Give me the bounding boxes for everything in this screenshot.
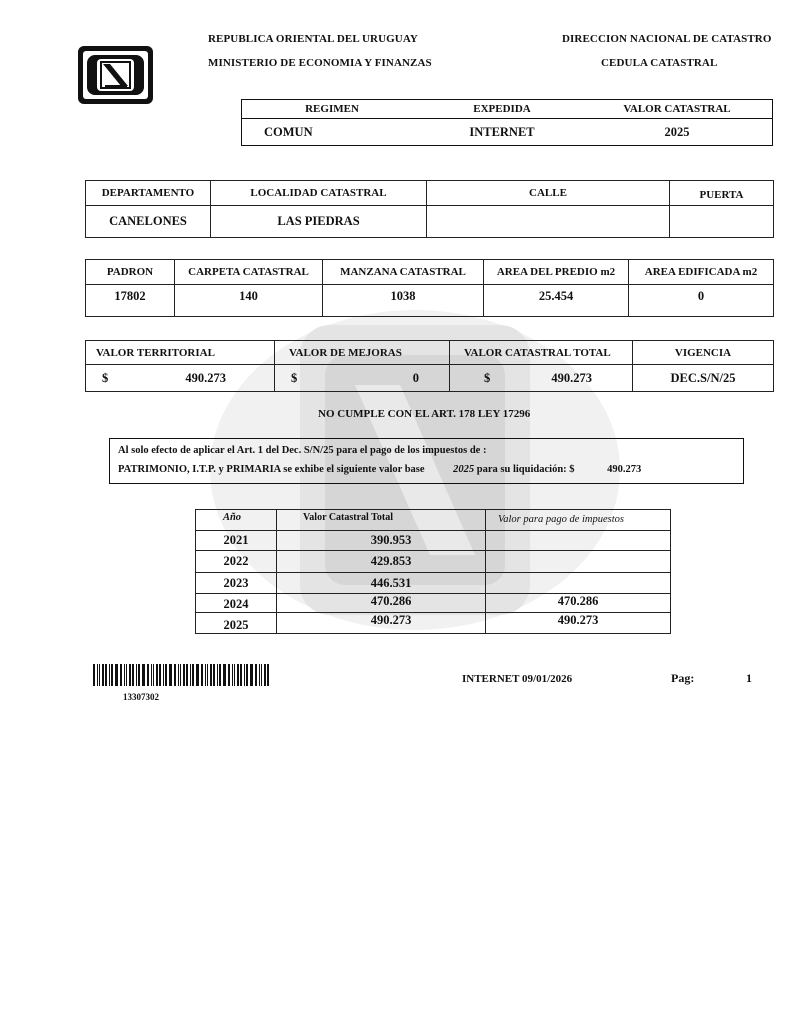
land-value-header: VALOR TERRITORIAL [86, 341, 275, 365]
regime-value: COMUN [242, 119, 423, 146]
page-number: 1 [746, 671, 752, 686]
history-row: 2024 470.286 470.286 [196, 594, 671, 613]
issued-date: INTERNET 09/01/2026 [462, 673, 572, 685]
department-header: DEPARTAMENTO [86, 181, 211, 206]
door-value [670, 206, 774, 238]
padron-value: 17802 [86, 285, 175, 317]
cadastral-year-value: 2025 [582, 119, 773, 146]
land-value-currency: $ [102, 371, 108, 385]
history-tax: 490.273 [486, 613, 671, 634]
history-total: 446.531 [277, 573, 486, 594]
values-table: VALOR TERRITORIAL VALOR DE MEJORAS VALOR… [85, 340, 774, 392]
folder-value: 140 [175, 285, 323, 317]
folder-header: CARPETA CATASTRAL [175, 260, 323, 285]
history-total: 470.286 [277, 594, 486, 613]
improvements-currency: $ [291, 371, 297, 385]
barcode-number: 13307302 [123, 692, 159, 702]
history-total: 390.953 [277, 531, 486, 551]
regime-header: REGIMEN [242, 100, 423, 119]
year-header: Año [196, 510, 277, 531]
block-value: 1038 [323, 285, 484, 317]
history-total: 429.853 [277, 551, 486, 573]
history-tax [486, 551, 671, 573]
history-row: 2023 446.531 [196, 573, 671, 594]
built-area-value: 0 [629, 285, 774, 317]
door-header: PUERTA [670, 181, 774, 206]
barcode-icon [93, 664, 271, 686]
tax-notice-box: Al solo efecto de aplicar el Art. 1 del … [109, 438, 744, 484]
country-title: REPUBLICA ORIENTAL DEL URUGUAY [208, 33, 418, 45]
history-year: 2021 [196, 531, 277, 551]
history-table: Año Valor Catastral Total Valor para pag… [195, 509, 671, 634]
validity-value: DEC.S/N/25 [633, 365, 774, 392]
history-total: 490.273 [277, 613, 486, 634]
built-area-header: AREA EDIFICADA m2 [629, 260, 774, 285]
department-value: CANELONES [86, 206, 211, 238]
block-header: MANZANA CATASTRAL [323, 260, 484, 285]
compliance-notice: NO CUMPLE CON EL ART. 178 LEY 17296 [318, 408, 530, 420]
property-table: PADRON CARPETA CATASTRAL MANZANA CATASTR… [85, 259, 774, 317]
history-tax [486, 573, 671, 594]
tax-notice-suffix: para su liquidación: $ [477, 464, 575, 475]
issued-value: INTERNET [422, 119, 582, 146]
locality-value: LAS PIEDRAS [211, 206, 427, 238]
agency-title: DIRECCION NACIONAL DE CATASTRO [562, 33, 771, 45]
history-tax [486, 531, 671, 551]
page-label: Pag: [671, 671, 694, 686]
location-table: DEPARTAMENTO LOCALIDAD CATASTRAL CALLE P… [85, 180, 774, 238]
cadastral-value-header: VALOR CATASTRAL [582, 100, 773, 119]
tax-notice-line2: PATRIMONIO, I.T.P. y PRIMARIA se exhibe … [118, 464, 425, 475]
lot-area-value: 25.454 [484, 285, 629, 317]
total-value-currency: $ [484, 371, 490, 385]
history-row: 2022 429.853 [196, 551, 671, 573]
validity-header: VIGENCIA [633, 341, 774, 365]
history-year: 2022 [196, 551, 277, 573]
improvements-header: VALOR DE MEJORAS [275, 341, 450, 365]
regime-table: REGIMEN EXPEDIDA VALOR CATASTRAL COMUN I… [241, 99, 773, 146]
padron-header: PADRON [86, 260, 175, 285]
document-title: CEDULA CATASTRAL [601, 57, 717, 69]
history-row: 2025 490.273 490.273 [196, 613, 671, 634]
tax-notice-amount: 490.273 [607, 464, 641, 475]
total-value-header: VALOR CATASTRAL TOTAL [450, 341, 633, 365]
issued-header: EXPEDIDA [422, 100, 582, 119]
history-tax: 470.286 [486, 594, 671, 613]
history-year: 2025 [196, 613, 277, 634]
street-header: CALLE [427, 181, 670, 206]
history-row: 2021 390.953 [196, 531, 671, 551]
tax-notice-year: 2025 [453, 464, 474, 475]
lot-area-header: AREA DEL PREDIO m2 [484, 260, 629, 285]
total-value: 490.273 [551, 371, 592, 386]
history-year: 2023 [196, 573, 277, 594]
land-value: 490.273 [185, 371, 226, 386]
street-value [427, 206, 670, 238]
history-year: 2024 [196, 594, 277, 613]
tax-notice-line1: Al solo efecto de aplicar el Art. 1 del … [118, 445, 486, 456]
ministry-title: MINISTERIO DE ECONOMIA Y FINANZAS [208, 57, 432, 69]
total-header: Valor Catastral Total [277, 510, 486, 531]
locality-header: LOCALIDAD CATASTRAL [211, 181, 427, 206]
dnc-logo-icon [77, 45, 154, 105]
tax-value-header: Valor para pago de impuestos [486, 510, 671, 531]
improvements-value: 0 [413, 371, 419, 386]
